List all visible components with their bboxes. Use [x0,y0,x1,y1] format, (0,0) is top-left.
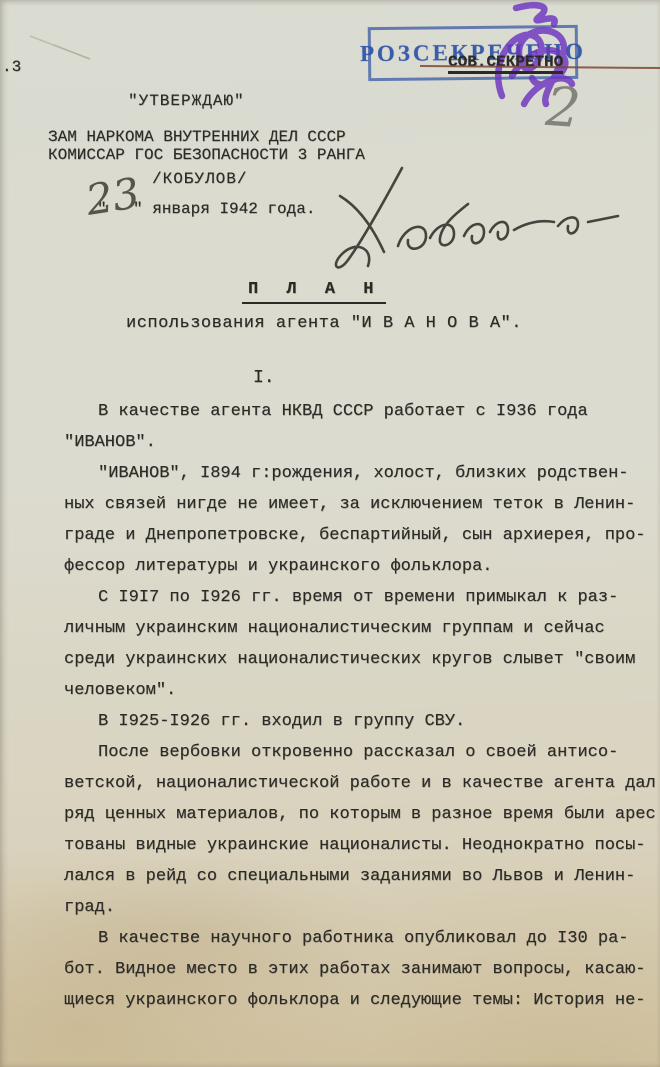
body-line: С I9I7 по I926 гг. время от времени прим… [64,582,650,613]
body-line: фессор литературы и украинского фольклор… [64,551,650,582]
body-line: тованы видные украинские националисты. Н… [64,830,650,861]
approve-label: "УТВЕРЖДАЮ" [128,92,245,110]
approver-title-line2: КОМИССАР ГОС БЕЗОПАСНОСТИ 3 РАНГА [48,146,365,164]
body-text: В качестве агента НКВД СССР работает с I… [64,396,650,1016]
body-line: "ИВАНОВ", I894 г:рождения, холост, близк… [64,458,650,489]
body-line: град. [64,892,650,923]
body-line: граде и Днепропетровске, беспартийный, с… [64,520,650,551]
body-line: После вербовки откровенно рассказал о св… [64,737,650,768]
approver-name: /КОБУЛОВ/ [152,170,247,188]
body-line: человеком". [64,675,650,706]
body-line: "ИВАНОВ". [64,427,650,458]
signature-handwriting [322,160,637,278]
approver-title-line1: ЗАМ НАРКОМА ВНУТРЕННИХ ДЕЛ СССР [48,128,346,146]
pencil-page-number: 2 [544,75,583,140]
pencil-stroke-marks [20,25,140,70]
body-line: среди украинских националистических круг… [64,644,650,675]
document-title: П Л А Н [242,280,386,304]
body-line: личным украинским националистическим гру… [64,613,650,644]
handwritten-day: 23 [82,168,142,225]
margin-page-note: .3 [2,58,21,76]
body-line: ряд ценных материалов, по которым в разн… [64,799,650,830]
body-line: щиеся украинского фольклора и следующие … [64,985,650,1016]
document-page: .3 РОЗСЕКРЕЧЕНО СОВ.СЕКРЕТНО 2 "УТВЕРЖДА… [0,0,660,1067]
body-line: В качестве научного работника опубликова… [64,923,650,954]
body-line: ных связей нигде не имеет, за исключение… [64,489,650,520]
body-line: ветской, националистической работе и в к… [64,768,650,799]
date-line: " января I942 года. [133,200,315,218]
body-line: бот. Видное место в этих работах занимаю… [64,954,650,985]
body-line: В I925-I926 гг. входил в группу СВУ. [64,706,650,737]
body-line: В качестве агента НКВД СССР работает с I… [64,396,650,427]
secrecy-stamp-label: СОВ.СЕКРЕТНО [448,53,563,74]
section-heading: I. [253,368,275,388]
body-line: лался в рейд со специальными заданиями в… [64,861,650,892]
document-subtitle: использования агента "И В А Н О В А". [126,314,522,333]
